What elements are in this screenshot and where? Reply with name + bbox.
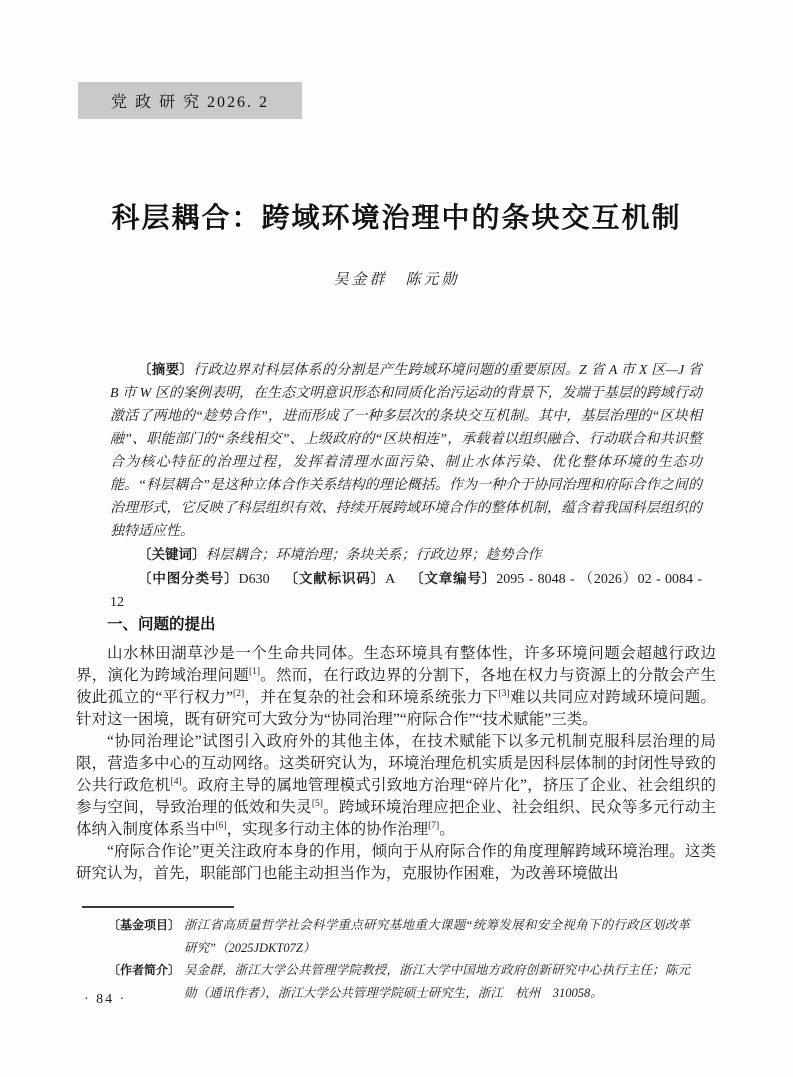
body-paragraphs: 山水林田湖草沙是一个生命共同体。生态环境具有整体性，许多环境问题会超越行政边界，…	[76, 643, 716, 885]
footnotes: 〔基金项目〕浙江省高质量哲学社会科学重点研究基地重大课题“统筹发展和安全视角下的…	[108, 914, 690, 1004]
keywords: 〔关键词〕科层耦合；环境治理；条块关系；行政边界；趁势合作	[110, 543, 702, 567]
doc-code-value: A	[385, 572, 395, 587]
citation-ref: [6]	[216, 821, 227, 831]
body-paragraph: “协同治理论”试图引入政府外的其他主体，在技术赋能下以多元机制克服科层治理的局限…	[76, 731, 716, 841]
body-paragraph: “府际合作论”更关注政府本身的作用，倾向于从府际合作的角度理解跨域环境治理。这类…	[76, 841, 716, 885]
doc-code-label: 〔文献标识码〕	[284, 571, 385, 586]
abstract-text: 行政边界对科层体系的分割是产生跨域环境问题的重要原因。Z 省 A 市 X 区—J…	[110, 363, 702, 539]
journal-article-page: 党 政 研 究 2026. 2 科层耦合：跨域环境治理中的条块交互机制 吴金群 …	[0, 0, 793, 1077]
footnote-text: 浙江省高质量哲学社会科学重点研究基地重大课题“统筹发展和安全视角下的行政区划改革…	[184, 914, 690, 959]
article-id-label: 〔文章编号〕	[409, 571, 496, 586]
classification-line: 〔中图分类号〕D630〔文献标识码〕A〔文章编号〕2095 - 8048 - （…	[110, 567, 702, 614]
footnote-text: 吴金群，浙江大学公共管理学院教授，浙江大学中国地方政府创新研究中心执行主任；陈元…	[184, 959, 690, 1004]
abstract: 〔摘要〕行政边界对科层体系的分割是产生跨域环境问题的重要原因。Z 省 A 市 X…	[110, 358, 702, 543]
body-paragraph: 山水林田湖草沙是一个生命共同体。生态环境具有整体性，许多环境问题会超越行政边界，…	[76, 643, 716, 731]
clc-value: D630	[239, 572, 270, 587]
article-authors: 吴金群 陈元勋	[0, 268, 793, 289]
citation-ref: [2]	[233, 689, 244, 699]
page-number: · 84 ·	[84, 992, 126, 1008]
abstract-label: 〔摘要〕	[138, 362, 193, 377]
section-heading: 一、问题的提出	[76, 614, 716, 636]
article-title: 科层耦合：跨域环境治理中的条块交互机制	[0, 196, 793, 236]
citation-ref: [7]	[428, 821, 439, 831]
keywords-text: 科层耦合；环境治理；条块关系；行政边界；趁势合作	[206, 548, 542, 563]
footnote-item: 〔基金项目〕浙江省高质量哲学社会科学重点研究基地重大课题“统筹发展和安全视角下的…	[108, 914, 690, 959]
keywords-label: 〔关键词〕	[138, 547, 206, 562]
citation-ref: [1]	[249, 667, 260, 677]
journal-title-badge: 党 政 研 究 2026. 2	[78, 82, 302, 119]
article-body: 一、问题的提出 山水林田湖草沙是一个生命共同体。生态环境具有整体性，许多环境问题…	[76, 614, 716, 885]
citation-ref: [3]	[499, 689, 510, 699]
citation-ref: [5]	[312, 799, 323, 809]
footnote-label: 〔基金项目〕	[108, 914, 184, 937]
front-matter: 〔摘要〕行政边界对科层体系的分割是产生跨域环境问题的重要原因。Z 省 A 市 X…	[110, 358, 702, 614]
footnote-separator	[82, 906, 234, 908]
citation-ref: [4]	[171, 777, 182, 787]
footnote-label: 〔作者简介〕	[108, 959, 184, 982]
footnote-item: 〔作者简介〕吴金群，浙江大学公共管理学院教授，浙江大学中国地方政府创新研究中心执…	[108, 959, 690, 1004]
clc-label: 〔中图分类号〕	[138, 571, 239, 586]
